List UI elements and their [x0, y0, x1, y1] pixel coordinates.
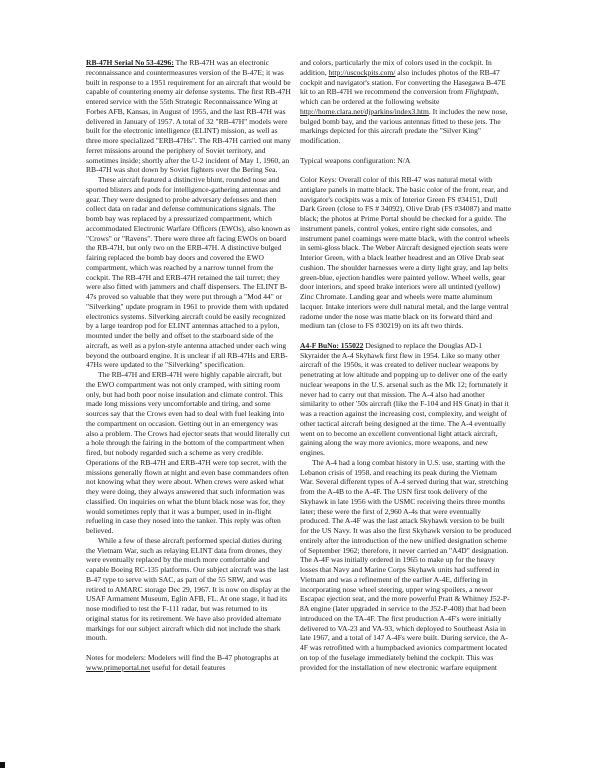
a4f-intro-text: Designed to replace the Douglas AD-1 Sky… [300, 341, 509, 457]
paragraph-gap [300, 165, 512, 175]
rb47h-intro-paragraph: RB-47H Serial No 53-4296: The RB-47H was… [86, 58, 291, 175]
rb47h-history-paragraph: While a few of these aircraft performed … [86, 536, 291, 643]
paragraph-gap [86, 643, 291, 653]
rb47h-intro-text: The RB-47H was an electronic reconnaissa… [86, 58, 291, 174]
color-keys-paragraph: Color Keys: Overall color of this RB-47 … [300, 175, 512, 331]
primeportal-link[interactable]: www.primeportal.net [86, 663, 150, 672]
paragraph-gap [300, 146, 512, 156]
rb47h-crew-paragraph: The RB-47H and ERB-47H were highly capab… [86, 370, 291, 536]
document-page: RB-47H Serial No 53-4296: The RB-47H was… [0, 0, 591, 768]
weapons-configuration: Typical weapons configuration: N/A [300, 156, 512, 166]
modeler-notes-continued: and colors, particularly the mix of colo… [300, 58, 512, 146]
uscockpits-link[interactable]: http://uscockpits.com/ [329, 68, 396, 77]
rb47h-section-heading: RB-47H Serial No 53-4296: [86, 58, 174, 67]
left-column: RB-47H Serial No 53-4296: The RB-47H was… [86, 58, 291, 672]
flightpath-brand: Flightpath [465, 87, 497, 96]
paragraph-gap [300, 331, 512, 341]
rb47h-features-paragraph: These aircraft featured a distinctive bl… [86, 175, 291, 370]
modeler-notes-text: Notes for modelers: Modelers will find t… [86, 653, 279, 662]
a4f-history-paragraph: The A-4 had a long combat history in U.S… [300, 458, 512, 673]
right-column: and colors, particularly the mix of colo… [300, 58, 512, 672]
scan-corner-mark [0, 762, 5, 768]
modeler-notes-paragraph: Notes for modelers: Modelers will find t… [86, 653, 291, 673]
djparkins-link[interactable]: http://home.clara.net/djparkins/index3.h… [300, 107, 429, 116]
modeler-notes-suffix: useful for detail features [150, 663, 225, 672]
a4f-section-heading: A4-F BuNo: 155022 [300, 341, 363, 350]
a4f-intro-paragraph: A4-F BuNo: 155022 Designed to replace th… [300, 341, 512, 458]
